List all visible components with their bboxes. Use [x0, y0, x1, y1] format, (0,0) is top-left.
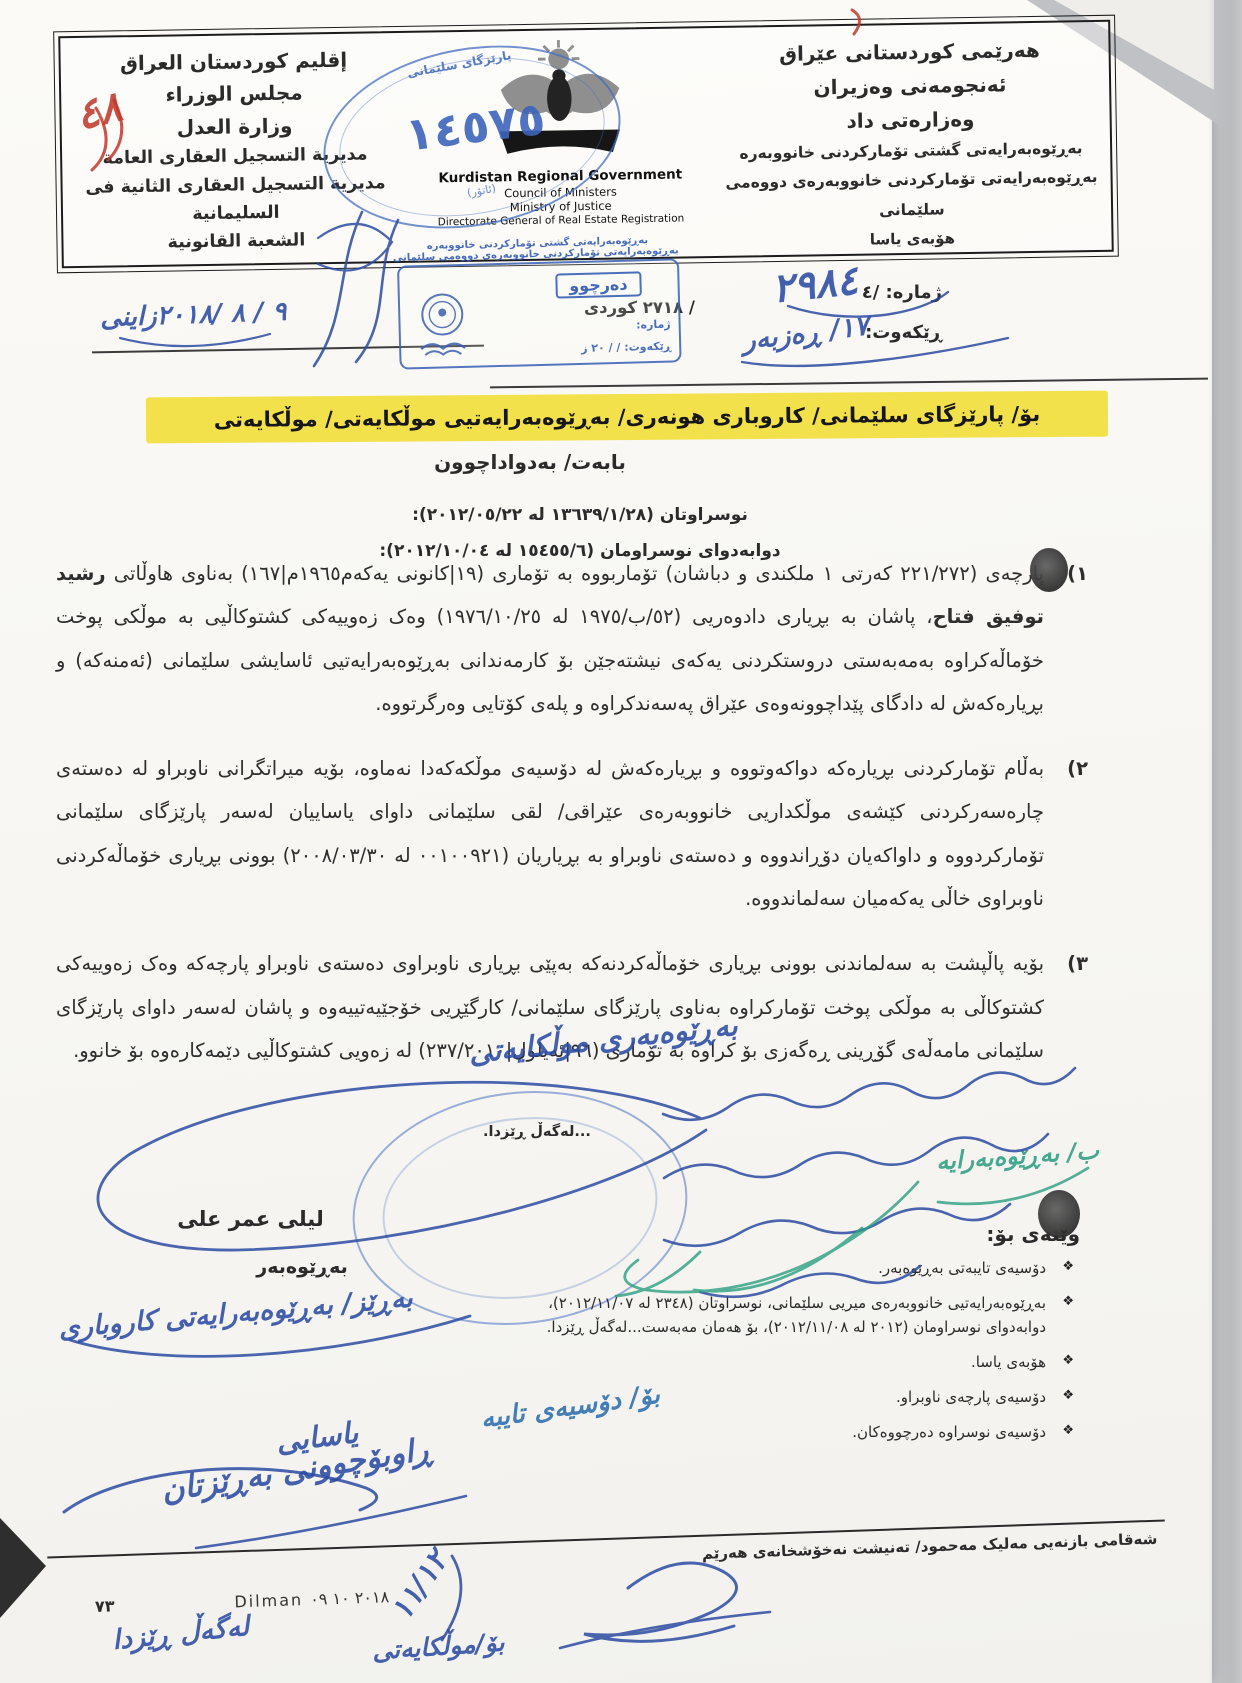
- issue-stamp-date-label: ڕێکەوت: / / ٢٠ ز: [581, 340, 671, 355]
- copy-item-text: دۆسیەی نوسراوە دەرچووەکان.: [852, 1423, 1046, 1441]
- kurdish-line: بەڕێوەبەرایەتی تۆمارکردنی خانووبەرەی دوو…: [712, 163, 1111, 228]
- paragraph-2: ٢) بەڵام تۆمارکردنی بڕیارەکە دواکەوتووه …: [56, 747, 1088, 920]
- reference-your-letter: نوسراوتان (١٣٦٣٩/١/٢٨ له ٢٠١٢/٠٥/٢٢):: [30, 498, 1130, 534]
- copy-item: ❖بەڕێوەبەرایەتیی خانووبەرەی میریی سلێمان…: [490, 1291, 1080, 1339]
- copy-item-text: دۆسیەی تایبەتی بەڕێوەبەر.: [878, 1259, 1046, 1277]
- scan-edge-shadow: [1208, 0, 1242, 1683]
- letterhead-kurdish: هەرێمی کوردستانی عێراق ئەنجومەنی وەزیران…: [710, 22, 1112, 256]
- copy-item-text: دۆسیەی پارچەی ناوبراو.: [896, 1388, 1046, 1406]
- paragraph-marker: ٢): [1067, 747, 1088, 790]
- paragraph-marker: ١): [1067, 552, 1088, 595]
- signatory-title: بەڕێوەبەر: [232, 1256, 372, 1278]
- body-paragraphs: ١) پارچەی (٢٢١/٢٧٢ کەرتی ١ ملکندی و دباش…: [56, 552, 1088, 1094]
- page-number: ٧٣: [95, 1597, 115, 1616]
- copy-item: ❖هۆبەی یاسا.: [490, 1350, 1080, 1374]
- diamond-bullet-icon: ❖: [1062, 1351, 1074, 1372]
- copy-item: ❖دۆسیەی نوسراوە دەرچووەکان.: [490, 1420, 1080, 1444]
- copies-title: وێنەی بۆ:: [490, 1222, 1080, 1246]
- scanned-document: إقليم كوردستان العراق مجلس الوزراء وزارة…: [0, 0, 1242, 1683]
- subject-line: بابەت/ بەدواداچوون: [0, 450, 1060, 474]
- diamond-bullet-icon: ❖: [1062, 1292, 1074, 1313]
- copy-item-text: بەڕێوەبەرایەتیی خانووبەرەی میریی سلێمانی…: [547, 1294, 1046, 1336]
- paragraph-marker: ٣): [1067, 942, 1088, 985]
- issue-stamp-body: دەرچوو ژمارە: ڕێکەوت: / / ٢٠ ز: [397, 258, 682, 369]
- addressee-highlighted: بۆ/ پارێزگای سلێمانی/ کاروباری هونەری/ ب…: [146, 391, 1108, 444]
- paragraph-text: پارچەی (٢٢١/٢٧٢ کەرتی ١ ملکندی و دباشان)…: [106, 562, 1044, 585]
- kurdish-line: هۆبەی یاسا: [713, 222, 1112, 257]
- paragraph-text: ، پاشان به بڕیاری دادوەریی (٥٢/ب/١٩٧٥ له…: [56, 605, 1044, 715]
- date-label: ڕێکەوت:: [865, 322, 942, 343]
- paragraph-1: ١) پارچەی (٢٢١/٢٧٢ کەرتی ١ ملکندی و دباش…: [56, 552, 1088, 725]
- paragraph-text: بەڵام تۆمارکردنی بڕیارەکە دواکەوتووه و ب…: [56, 757, 1044, 910]
- issued-box-label: دەرچوو: [555, 271, 642, 298]
- diamond-bullet-icon: ❖: [1062, 1257, 1074, 1278]
- diamond-bullet-icon: ❖: [1062, 1421, 1074, 1442]
- number-handwritten: ٢٩٨٤: [770, 258, 860, 313]
- diamond-bullet-icon: ❖: [1062, 1386, 1074, 1407]
- copy-item-text: هۆبەی یاسا.: [971, 1353, 1046, 1371]
- hole-punch: [1030, 548, 1068, 592]
- number-label: ژمارە: /٤: [862, 282, 942, 303]
- issue-stamp-emblem-icon: [416, 288, 470, 361]
- issue-stamp-number-label: ژمارە:: [636, 318, 671, 332]
- signatory-name: لیلی عمر علی: [148, 1207, 353, 1231]
- issue-stamp: بەڕێوەبەرایەتی گشتی تۆمارکردنی خانووبەرە…: [396, 234, 681, 369]
- copy-item: ❖دۆسیەی تایبەتی بەڕێوەبەر.: [490, 1256, 1080, 1280]
